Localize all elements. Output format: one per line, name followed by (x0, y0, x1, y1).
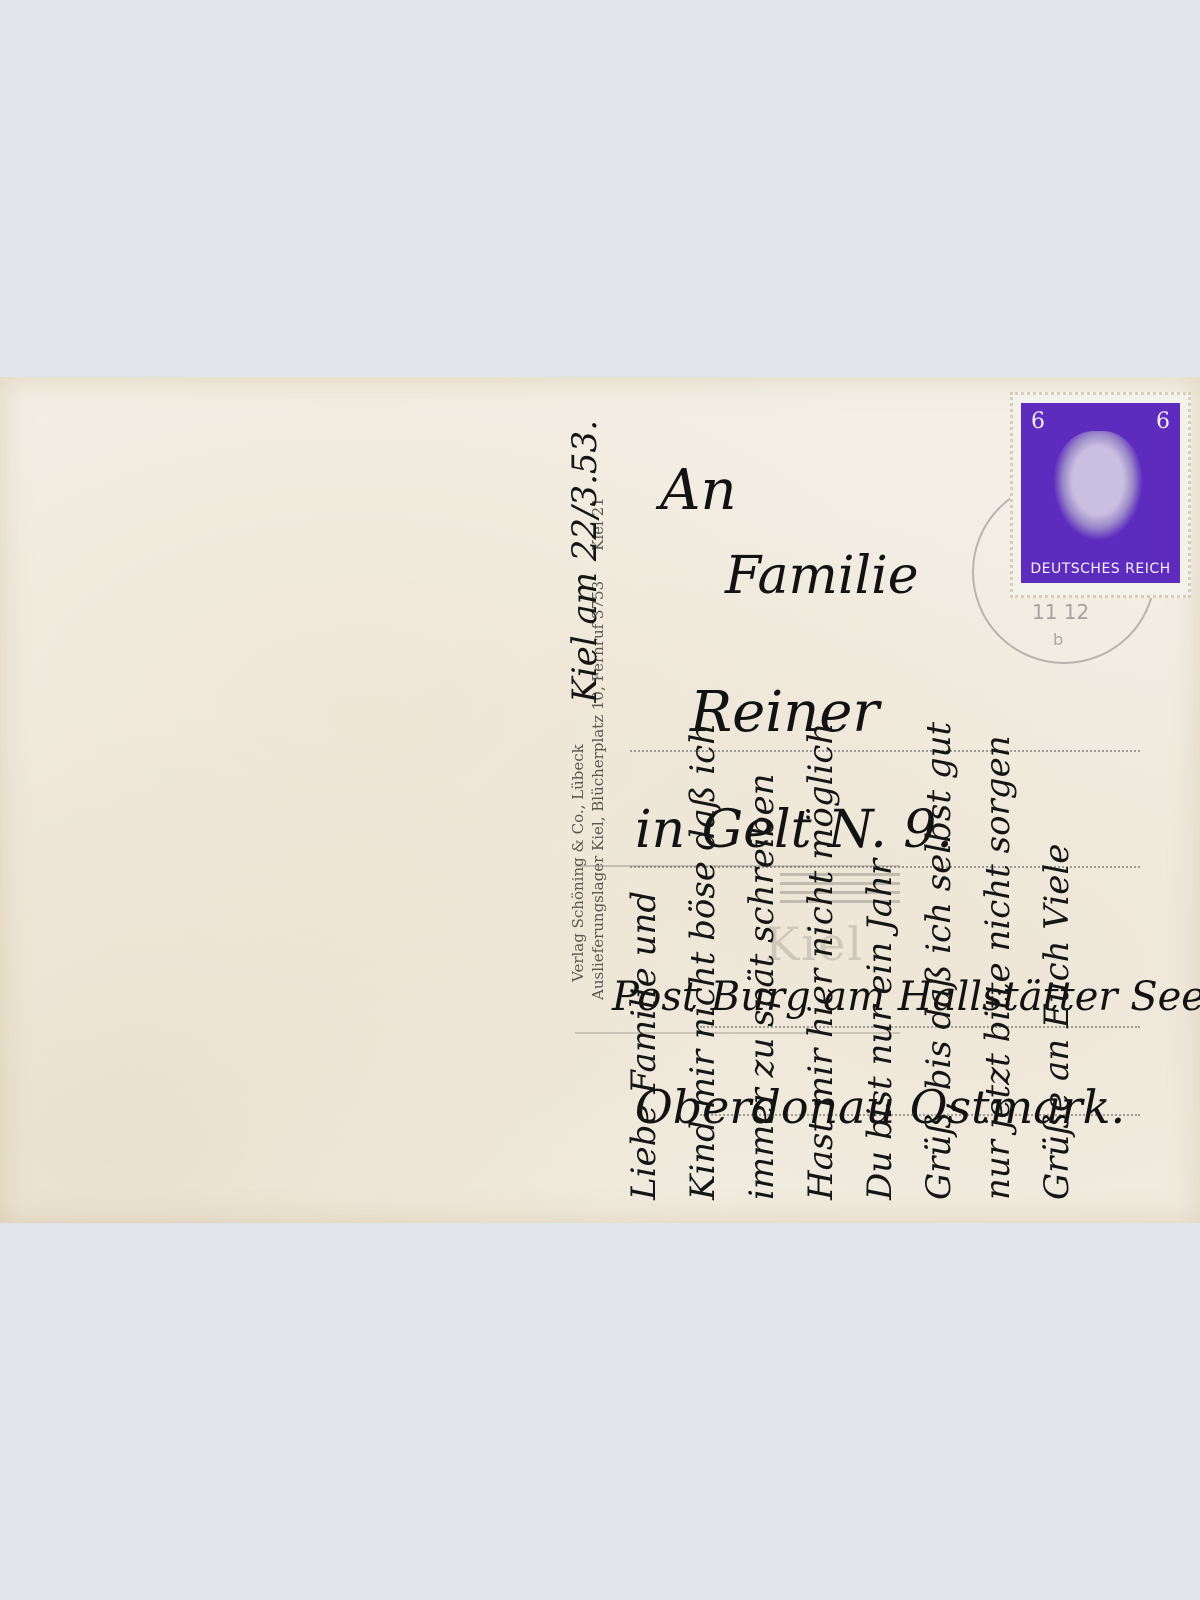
message-date: Kiel am 22/3.53. (560, 390, 619, 1200)
stamp-value-right: 6 (1156, 409, 1170, 434)
message-line: Hast mir hier nicht möglich (796, 390, 855, 1200)
message-line: nur jetzt bitte nicht sorgen (973, 390, 1032, 1200)
handwritten-message: Kiel am 22/3.53. Liebe Familie und Kind … (560, 390, 1091, 1200)
message-line: Grüß, bis daß ich selbst gut (914, 390, 973, 1200)
message-line: Grüße an Euch Viele (1032, 390, 1091, 1200)
message-line: Liebe Familie und (619, 390, 678, 1200)
message-line: Kind mir nicht böse daß ich (678, 390, 737, 1200)
message-line: Du bist nur ein Jahr (855, 390, 914, 1200)
message-line: immer zu spät schreiben (737, 390, 796, 1200)
